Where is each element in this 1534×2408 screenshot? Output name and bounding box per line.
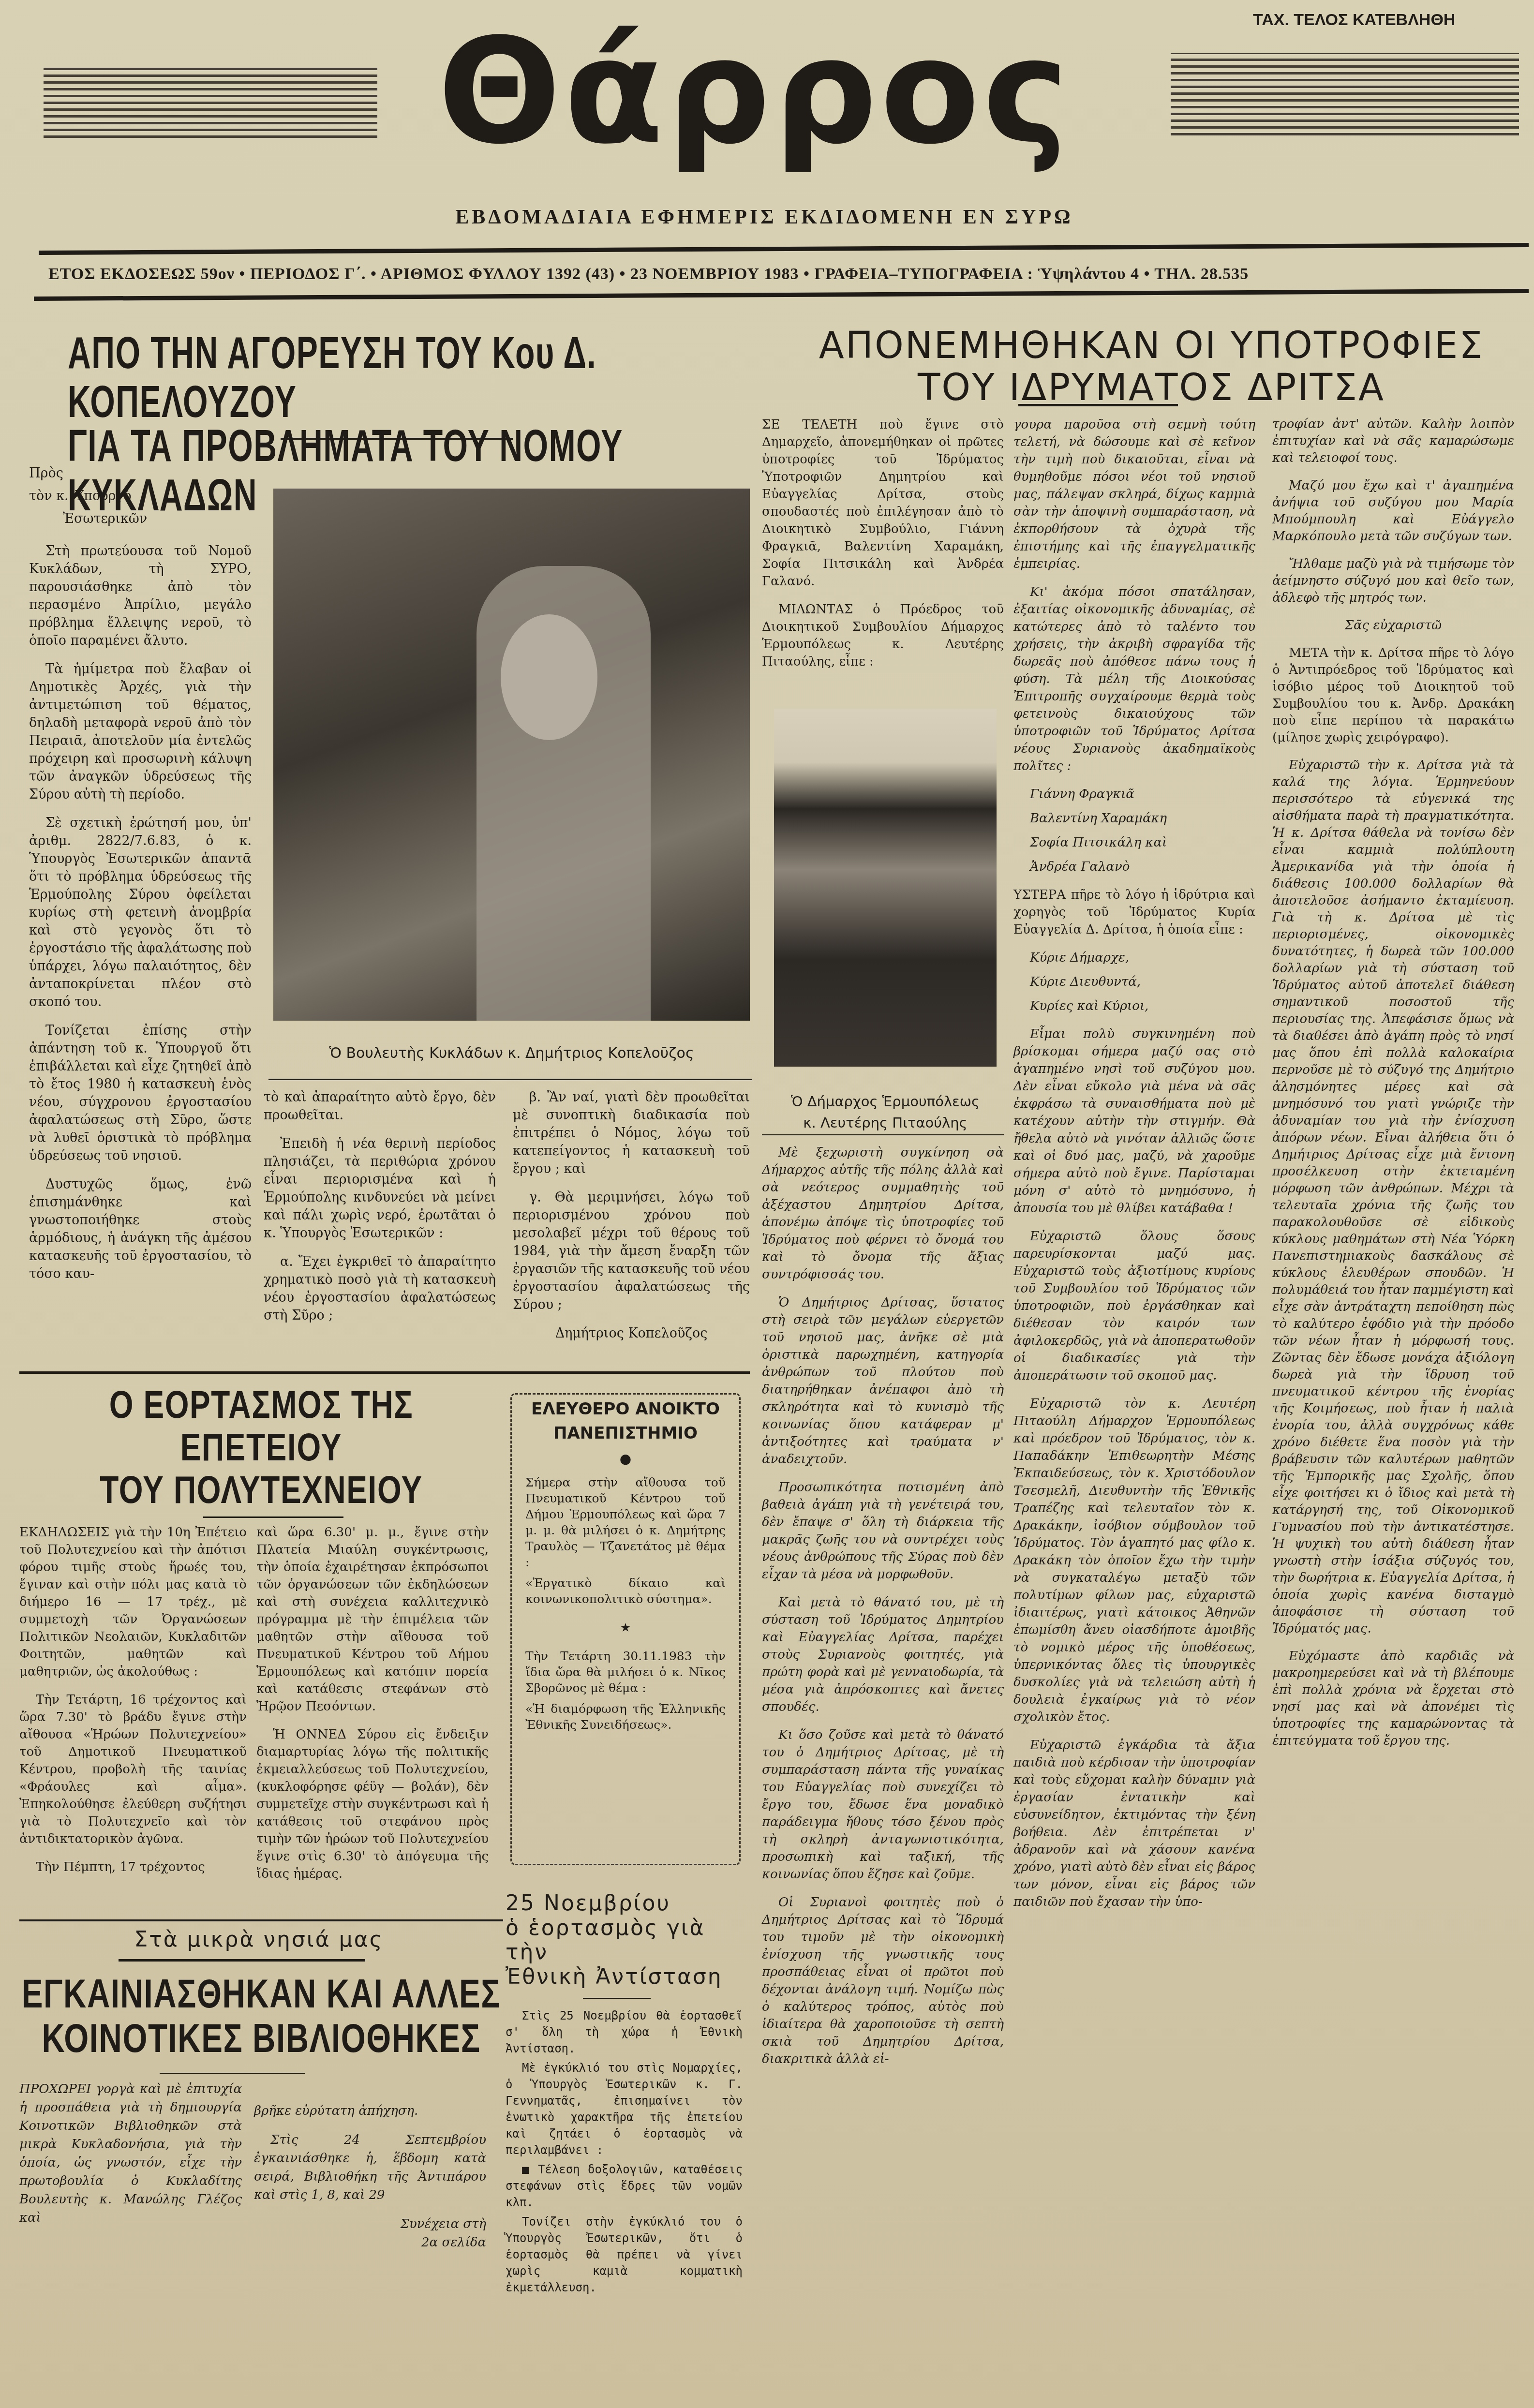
scholar-name: Σοφία Πιτσικάλη καὶ <box>1013 834 1255 851</box>
masthead-title: Θάρρος <box>402 19 1108 164</box>
headline-polytechneio: Ο ΕΟΡΤΑΣΜΟΣ ΤΗΣ ΕΠΕΤΕΙΟΥ ΤΟΥ ΠΟΛΥΤΕΧΝΕΙΟ… <box>19 1383 503 1511</box>
lecture-topic: «Ἡ διαμόρφωση τῆς Ἑλληνικῆς Ἐθνικῆς Συνε… <box>525 1701 726 1733</box>
paragraph: ΜΙΛΩΝΤΑΣ ὁ Πρόεδρος τοῦ Διοικητικοῦ Συμβ… <box>762 601 1004 670</box>
paragraph: Κι ὅσο ζοῦσε καὶ μετὰ τὸ θάνατό του ὁ Δη… <box>762 1726 1004 1883</box>
paragraph: Εὐχαριστῶ ἐγκάρδια τὰ ἄξια παιδιὰ ποὺ κέ… <box>1013 1737 1255 1911</box>
paragraph: Ἤλθαμε μαζὺ γιὰ νὰ τιμήσωμε τὸν ἀείμνηστ… <box>1272 556 1514 607</box>
article-libraries-col2: βρῆκε εὐρύτατη ἀπήχηση. Στὶς 24 Σεπτεμβρ… <box>254 2102 486 2252</box>
masthead-rule-top <box>39 243 1529 255</box>
caption-line: Ὁ Δήμαρχος Ἑρμουπόλεως <box>762 1091 1009 1112</box>
masthead-subtitle: ΕΒΔΟΜΑΔΙΑΙΑ ΕΦΗΜΕΡΙΣ ΕΚΔΙΔΟΜΕΝΗ ΕΝ ΣΥΡΩ <box>445 206 1084 229</box>
scholar-name: Βαλεντίνη Χαραμάκη <box>1013 810 1255 827</box>
article-kopelouzos-col3: β. Ἂν ναί, γιατὶ δὲν προωθεῖται μὲ συνοπ… <box>513 1088 750 1353</box>
paragraph: Εὐχαριστῶ ὅλους ὅσους παρευρίσκονται μαζ… <box>1013 1228 1255 1384</box>
photo-kopelouzos-speaking <box>273 489 750 1021</box>
article-kopelouzos-col2: τὸ καὶ ἀπαραίτητο αὐτὸ ἔργο, δὲν προωθεῖ… <box>264 1088 496 1335</box>
greeting-line: Κύριε Δήμαρχε, <box>1013 949 1255 966</box>
headline-line: ΕΓΚΑΙΝΙΑΣΘΗΚΑΝ ΚΑΙ ΑΛΛΕΣ <box>16 1971 506 2016</box>
open-university-box: ΕΛΕΥΘΕΡΟ ΑΝΟΙΚΤΟ ΠΑΝΕΠΙΣΤΗΜΙΟ ● Σήμερα σ… <box>510 1393 741 1865</box>
paragraph: Ἐπειδὴ ἡ νέα θερινὴ περίοδος πλησιάζει, … <box>264 1135 496 1242</box>
headline-underline <box>583 1998 651 1999</box>
article-dritsa-col1-bottom: Μὲ ξεχωριστὴ συγκίνηση σὰ Δήμαρχος αὐτῆς… <box>762 1144 1004 2079</box>
headline-national-resistance: 25 Νοεμβρίου ὁ ἑορτασμὸς γιὰ τὴν Ἐθνικὴ … <box>506 1891 747 1989</box>
paragraph: βρῆκε εὐρύτατη ἀπήχηση. <box>254 2102 486 2120</box>
paragraph: α. Ἔχει ἐγκριθεῖ τὸ ἀπαραίτητο χρηματικὸ… <box>264 1253 496 1324</box>
greeting-line: Κύριε Διευθυντά, <box>1013 973 1255 991</box>
article-polytechneio-col2: καὶ ὥρα 6.30' μ. μ., ἔγινε στὴν Πλατεία … <box>256 1524 489 1893</box>
paragraph: ■ Τέλεση δοξολογιῶν, καταθέσεις στεφάνων… <box>506 2161 743 2211</box>
paragraph: ΜΕΤΑ τὴν κ. Δρίτσα πῆρε τὸ λόγο ὁ Ἀντιπρ… <box>1272 645 1514 746</box>
paragraph: Τονίζει στὴν ἐγκύκλιό του ὁ Ὑπουργὸς Ἐσω… <box>506 2214 743 2296</box>
box-title: ΕΛΕΥΘΕΡΟ ΑΝΟΙΚΤΟ <box>512 1399 739 1419</box>
headline-line: ΤΟΥ ΠΟΛΥΤΕΧΝΕΙΟΥ <box>29 1469 493 1511</box>
photo-mayor-pitaoulis <box>774 709 997 1067</box>
article-dritsa-col2: γουρα παροῦσα στὴ σεμνὴ τούτη τελετή, νὰ… <box>1013 416 1255 1921</box>
caption-rule <box>762 1134 1004 1135</box>
paragraph: Τονίζεται ἐπίσης στὴν ἀπάντηση τοῦ κ. Ὑπ… <box>29 1022 252 1165</box>
paragraph: τὸ καὶ ἀπαραίτητο αὐτὸ ἔργο, δὲν προωθεῖ… <box>264 1088 496 1124</box>
continued-note: Συνέχεια στὴ <box>254 2215 486 2233</box>
paragraph: Μὲ ἐγκύκλιό του στὶς Νομαρχίες, ὁ Ὑπουργ… <box>506 2060 743 2158</box>
headline-line: ὁ ἑορτασμὸς γιὰ τὴν <box>506 1916 747 1965</box>
salutation-line: τὸν κ. Ὑπουργὸ <box>29 487 252 505</box>
headline-underline <box>160 2073 305 2074</box>
dateline: ΕΤΟΣ ΕΚΔΟΣΕΩΣ 59ον • ΠΕΡΙΟΔΟΣ Γ΄. • ΑΡΙΘ… <box>48 265 1524 283</box>
box-title: ΠΑΝΕΠΙΣΤΗΜΙΟ <box>512 1424 739 1443</box>
salutation-line: Πρὸς <box>29 464 252 482</box>
paragraph: Τὴν Τετάρτη, 16 τρέχοντος καὶ ὥρα 7.30' … <box>19 1691 247 1848</box>
signature: Δημήτριος Κοπελοῦζος <box>513 1324 750 1342</box>
paragraph: Καὶ μετὰ τὸ θάνατό του, μὲ τὴ σύσταση το… <box>762 1594 1004 1716</box>
photo-caption-pitaoulis: Ὁ Δήμαρχος Ἑρμουπόλεως κ. Λευτέρης Πιταο… <box>762 1091 1009 1133</box>
headline-libraries: ΕΓΚΑΙΝΙΑΣΘΗΚΑΝ ΚΑΙ ΑΛΛΕΣ ΚΟΙΝΟΤΙΚΕΣ ΒΙΒΛ… <box>19 1971 503 2061</box>
postage-paid-note: ΤΑΧ. ΤΕΛΟΣ ΚΑΤΕΒΛΗΘΗ <box>1253 11 1455 30</box>
paragraph: Ἡ ΟΝΝΕΔ Σύρου εἰς ἔνδειξιν διαμαρτυρίας … <box>256 1726 489 1883</box>
section-rule <box>19 1371 750 1374</box>
paragraph: Σήμερα στὴν αἴθουσα τοῦ Πνευματικοῦ Κέντ… <box>525 1474 726 1570</box>
lecture-topic: «Ἐργατικὸ δίκαιο καὶ κοινωνικοπολιτικὸ σ… <box>525 1575 726 1607</box>
scholar-name: Γιάννη Φραγκιᾶ <box>1013 786 1255 803</box>
paragraph: Σὲ σχετικὴ ἐρώτησή μου, ὑπ' ἀριθμ. 2822/… <box>29 814 252 1011</box>
paragraph: Στὶς 25 Νοεμβρίου θὰ ἑορτασθεῖ σ' ὅλη τὴ… <box>506 2007 743 2057</box>
paragraph: Τὴν Πέμπτη, 17 τρέχοντος <box>19 1858 247 1876</box>
paragraph: Δυστυχῶς ὅμως, ἐνῶ ἐπισημάνθηκε καὶ γνωσ… <box>29 1175 252 1283</box>
newspaper-page: ΤΑΧ. ΤΕΛΟΣ ΚΑΤΕΒΛΗΘΗ Θάρρος ΕΒΔΟΜΑΔΙΑΙΑ … <box>0 0 1534 2408</box>
headline-line: ΤΟΥ ΙΔΡΥΜΑΤΟΣ ΔΡΙΤΣΑ <box>774 366 1529 408</box>
paragraph: καὶ ὥρα 6.30' μ. μ., ἔγινε στὴν Πλατεία … <box>256 1524 489 1715</box>
continued-page-link[interactable]: 2α σελίδα <box>254 2233 486 2252</box>
paragraph: Κι' ἀκόμα πόσοι σπατάλησαν, ἐξαιτίας οἰκ… <box>1013 583 1255 775</box>
paragraph: Μαζύ μου ἔχω καὶ τ' ἀγαπημένα ἀνήψια τοῦ… <box>1272 477 1514 545</box>
paragraph: Ὁ Δημήτριος Δρίτσας, ὕστατος στὴ σειρὰ τ… <box>762 1294 1004 1468</box>
bullet-icon: ● <box>512 1451 739 1467</box>
article-dritsa-col3: τροφίαν ἀντ' αὐτῶν. Καλὴν λοιπὸν ἐπιτυχί… <box>1272 416 1514 1760</box>
scholar-name: Ἀνδρέα Γαλανὸ <box>1013 858 1255 876</box>
paragraph: Οἱ Συριανοὶ φοιτητὲς ποὺ ὁ Δημήτριος Δρί… <box>762 1894 1004 2068</box>
paragraph: Στὶς 24 Σεπτεμβρίου ἐγκαινιάσθηκε ἡ, ἕβδ… <box>254 2131 486 2204</box>
paragraph: Τὴν Τετάρτη 30.11.1983 τὴν ἴδια ὥρα θὰ μ… <box>525 1648 726 1696</box>
greeting-line: Κυρίες καὶ Κύριοι, <box>1013 997 1255 1015</box>
section-rule <box>19 1919 503 1921</box>
kicker-small-islands: Στὰ μικρὰ νησιά μας <box>58 1928 460 1952</box>
article-kopelouzos-col1: Πρὸς τὸν κ. Ὑπουργὸ Ἐσωτερικῶν Στὴ πρωτε… <box>29 464 252 1293</box>
paragraph: Εὐχαριστῶ τὸν κ. Λευτέρη Πιταούλη Δήμαρχ… <box>1013 1395 1255 1726</box>
paragraph: β. Ἂν ναί, γιατὶ δὲν προωθεῖται μὲ συνοπ… <box>513 1088 750 1178</box>
masthead-pattern-right <box>1171 53 1519 135</box>
headline-dritsa: ΑΠΟΝΕΜΗΘΗΚΑΝ ΟΙ ΥΠΟΤΡΟΦΙΕΣ ΤΟΥ ΙΔΡΥΜΑΤΟΣ… <box>774 324 1529 409</box>
paragraph: γουρα παροῦσα στὴ σεμνὴ τούτη τελετή, νὰ… <box>1013 416 1255 573</box>
paragraph: ΕΚΔΗΛΩΣΕΙΣ γιὰ τὴν 10η Ἐπέτειο τοῦ Πολυτ… <box>19 1524 247 1680</box>
headline-line: Ο ΕΟΡΤΑΣΜΟΣ ΤΗΣ ΕΠΕΤΕΙΟΥ <box>29 1383 493 1469</box>
paragraph: ΠΡΟΧΩΡΕΙ γοργὰ καὶ μὲ ἐπιτυχία ἡ προσπάθ… <box>19 2080 242 2227</box>
article-national-resistance-body: Στὶς 25 Νοεμβρίου θὰ ἑορτασθεῖ σ' ὅλη τὴ… <box>506 2007 743 2299</box>
article-dritsa-col1-top: ΣΕ ΤΕΛΕΤΗ ποὺ ἔγινε στὸ Δημαρχεῖο, ἀπονε… <box>762 416 1004 681</box>
sign-off: Σᾶς εὐχαριστῶ <box>1272 617 1514 634</box>
paragraph: ΣΕ ΤΕΛΕΤΗ ποὺ ἔγινε στὸ Δημαρχεῖο, ἀπονε… <box>762 416 1004 590</box>
masthead-rule-bottom <box>34 289 1529 301</box>
headline-line: Ἐθνικὴ Ἀντίσταση <box>506 1965 747 1990</box>
headline-line: ΑΠΟ ΤΗΝ ΑΓΟΡΕΥΣΗ ΤΟΥ Κου Δ. ΚΟΠΕΛΟΥΖΟΥ <box>68 329 715 427</box>
headline-line: ΑΠΟΝΕΜΗΘΗΚΑΝ ΟΙ ΥΠΟΤΡΟΦΙΕΣ <box>774 324 1529 366</box>
paragraph: Στὴ πρωτεύουσα τοῦ Νομοῦ Κυκλάδων, τὴ ΣΥ… <box>29 542 252 650</box>
kicker-underline <box>119 1959 365 1962</box>
masthead-pattern-left <box>44 65 377 138</box>
photo-face <box>501 614 597 740</box>
paragraph: Προσωπικότητα ποτισμένη ἀπὸ βαθειὰ ἀγάπη… <box>762 1479 1004 1583</box>
paragraph: Εὐχόμαστε ἀπὸ καρδιᾶς νὰ μακροημερεύσει … <box>1272 1648 1514 1750</box>
paragraph: Εἶμαι πολὺ συγκινημένη ποὺ βρίσκομαι σήμ… <box>1013 1026 1255 1217</box>
caption-line: κ. Λευτέρης Πιταούλης <box>762 1112 1009 1133</box>
caption-rule <box>268 1079 752 1080</box>
headline-line: 25 Νοεμβρίου <box>506 1891 747 1916</box>
paragraph: Τὰ ἡμίμετρα ποὺ ἔλαβαν οἱ Δημοτικὲς Ἀρχέ… <box>29 660 252 803</box>
paragraph: Εὐχαριστῶ τὴν κ. Δρίτσα γιὰ τὰ καλά της … <box>1272 757 1514 1637</box>
headline-underline <box>203 1516 343 1518</box>
headline-underline <box>281 438 513 440</box>
salutation-line: Ἐσωτερικῶν <box>63 510 252 528</box>
article-polytechneio-col1: ΕΚΔΗΛΩΣΕΙΣ γιὰ τὴν 10η Ἐπέτειο τοῦ Πολυτ… <box>19 1524 247 1887</box>
paragraph: ΥΣΤΕΡΑ πῆρε τὸ λόγο ἡ ἱδρύτρια καὶ χορηγ… <box>1013 886 1255 938</box>
article-libraries-col1: ΠΡΟΧΩΡΕΙ γοργὰ καὶ μὲ ἐπιτυχία ἡ προσπάθ… <box>19 2080 242 2238</box>
headline-underline <box>1018 404 1178 406</box>
headline-line: ΚΟΙΝΟΤΙΚΕΣ ΒΙΒΛΙΟΘΗΚΕΣ <box>16 2016 506 2060</box>
paragraph: γ. Θὰ μεριμνήσει, λόγω τοῦ περιορισμένου… <box>513 1189 750 1314</box>
paragraph: Μὲ ξεχωριστὴ συγκίνηση σὰ Δήμαρχος αὐτῆς… <box>762 1144 1004 1283</box>
photo-caption-kopelouzos: Ὁ Βουλευτὴς Κυκλάδων κ. Δημήτριος Κοπελο… <box>273 1045 750 1062</box>
star-icon: ★ <box>525 1620 726 1635</box>
paragraph: τροφίαν ἀντ' αὐτῶν. Καλὴν λοιπὸν ἐπιτυχί… <box>1272 416 1514 467</box>
